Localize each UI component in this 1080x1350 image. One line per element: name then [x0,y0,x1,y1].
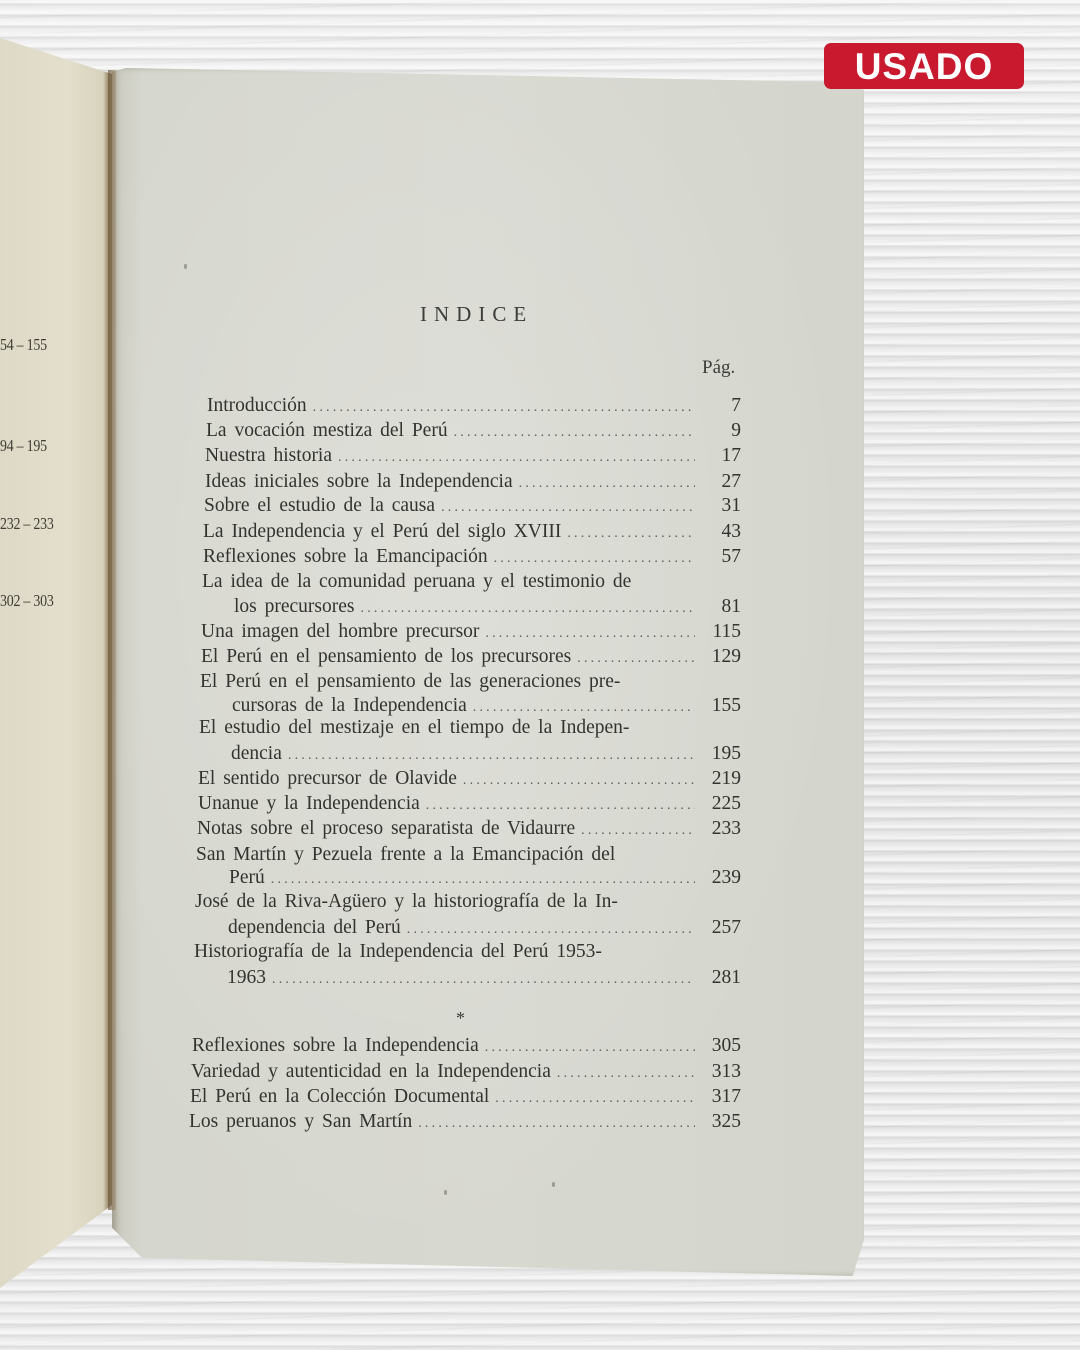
left-page-range: 302 – 303 [0,591,49,611]
toc-entry: los precursores ........................… [234,595,741,619]
left-page-range: 94 – 195 [0,436,49,456]
toc-entry: La Independencia y el Perú del siglo XVI… [203,520,741,544]
dot-leader: ........................................… [338,448,695,468]
dot-leader: ........................................… [272,970,695,990]
toc-entry: Unanue y la Independencia ..............… [198,792,741,816]
dot-leader: ........................................… [288,746,695,766]
toc-entry: Ideas iniciales sobre la Independencia .… [205,470,741,494]
toc-entry-first-line: Historiografía de la Independencia del P… [194,940,602,964]
dot-leader: ........................................… [426,796,695,816]
toc-entry: Una imagen del hombre precursor ........… [201,620,741,644]
dot-leader: ........................................… [494,549,695,569]
toc-entry: Variedad y autenticidad en la Independen… [191,1060,741,1084]
toc-entry: dependencia del Perú ...................… [228,916,741,940]
left-page: 54 – 155 94 – 195 232 – 233 302 – 303 [0,38,112,1288]
dot-leader: ........................................… [577,649,695,669]
dot-leader: ........................................… [441,498,695,518]
dot-leader: ........................................… [581,821,695,841]
dot-leader: ........................................… [407,920,695,940]
dot-leader: ........................................… [557,1064,695,1084]
page-column-label: Pág. [702,357,735,379]
dot-leader: ........................................… [495,1089,695,1109]
left-page-range: 54 – 155 [0,335,49,355]
dot-leader: ........................................… [454,423,695,443]
toc-entry: Reflexiones sobre la Independencia .....… [192,1034,741,1058]
toc-entry: Notas sobre el proceso separatista de Vi… [197,817,741,841]
toc-entry-first-line: El Perú en el pensamiento de las generac… [200,670,620,694]
toc-entry: Introducción ...........................… [207,394,741,418]
toc-entry: Nuestra historia .......................… [205,444,741,468]
toc-entry: La vocación mestiza del Perú ...........… [206,419,741,443]
toc-entry: El sentido precursor de Olavide ........… [198,767,741,791]
page-title: INDICE [420,302,533,327]
dot-leader: ........................................… [485,624,695,644]
dot-leader: ........................................… [361,599,695,619]
toc-entry-first-line: San Martín y Pezuela frente a la Emancip… [196,843,615,867]
dot-leader: ........................................… [485,1038,695,1058]
toc-entry-first-line: José de la Riva-Agüero y la historiograf… [195,890,618,914]
left-page-range: 232 – 233 [0,514,49,534]
dot-leader: ........................................… [418,1114,695,1134]
dot-leader: ........................................… [463,771,695,791]
section-separator: * [456,1008,465,1029]
dot-leader: ........................................… [567,524,695,544]
condition-badge: USADO [824,43,1024,89]
toc-entry: El Perú en la Colección Documental .....… [190,1085,741,1109]
toc-entry: Los peruanos y San Martín ..............… [189,1110,741,1134]
toc-entry: 1963 ...................................… [227,966,741,990]
dot-leader: ........................................… [313,398,695,418]
toc-entry: Perú ...................................… [229,866,741,890]
dot-leader: ........................................… [271,870,695,890]
toc-entry: dencia .................................… [231,742,741,766]
dot-leader: ........................................… [519,474,695,494]
toc-entry: cursoras de la Independencia ...........… [232,694,741,718]
toc-entry: Reflexiones sobre la Emancipación ......… [203,545,741,569]
toc-entry: Sobre el estudio de la causa ...........… [204,494,741,518]
toc-entry-first-line: El estudio del mestizaje en el tiempo de… [199,716,629,740]
toc-entry: El Perú en el pensamiento de los precurs… [201,645,741,669]
book-spine [108,70,116,1210]
dot-leader: ........................................… [473,698,695,718]
toc-entry-first-line: La idea de la comunidad peruana y el tes… [202,570,631,594]
